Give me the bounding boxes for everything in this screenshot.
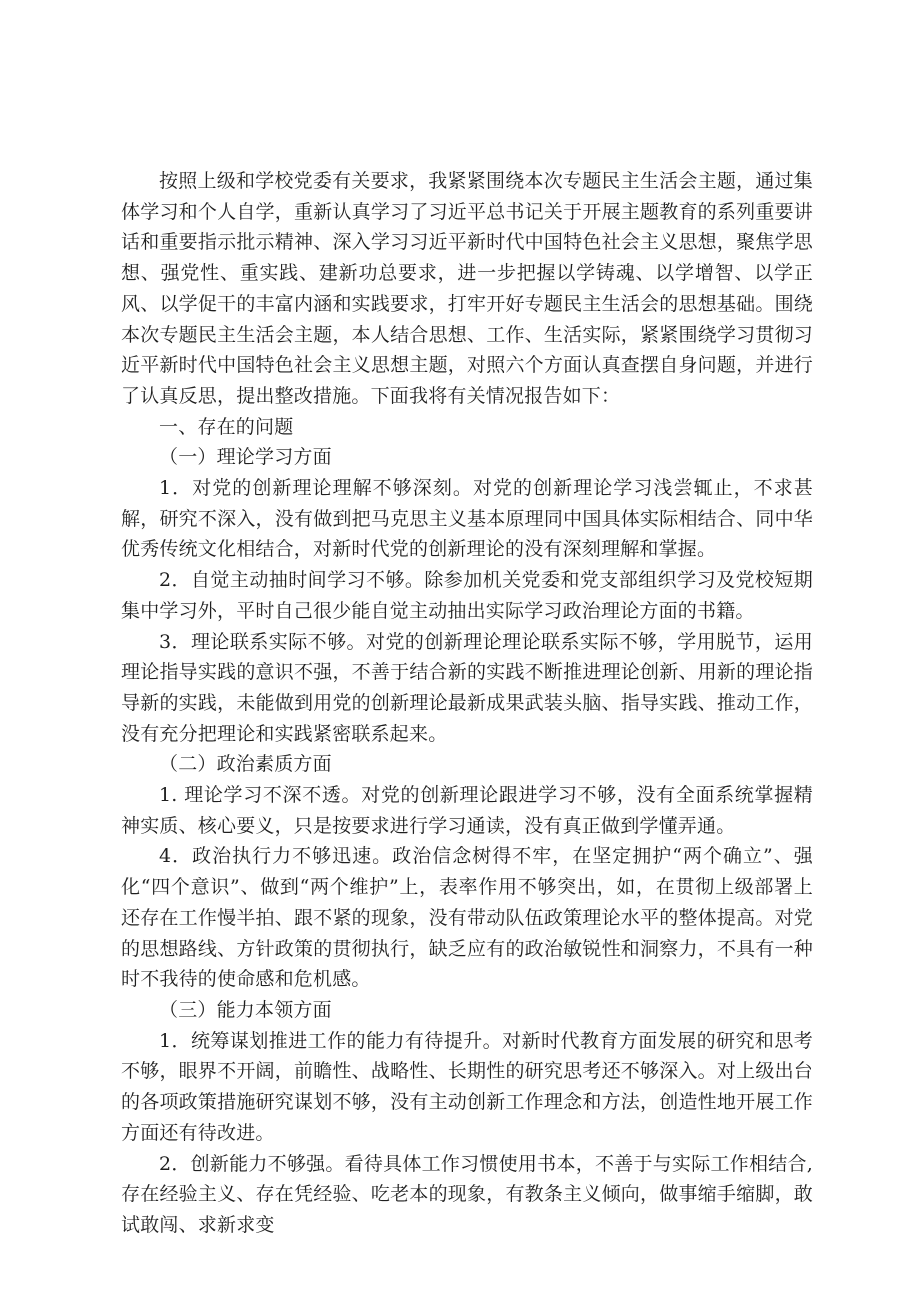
item-political-execution: 4．政治执行力不够迅速。政治信念树得不牢，在坚定拥护“两个确立”、强化“四个意识… xyxy=(121,841,813,995)
item-theory-practice-link: 3．理论联系实际不够。对党的创新理论理论联系实际不够，学用脱节，运用理论指导实践… xyxy=(121,627,813,750)
item-theory-understanding: 1．对党的创新理论理解不够深刻。对党的创新理论学习浅尝辄止，不求甚解，研究不深入… xyxy=(121,473,813,565)
subsection-heading-political-quality: （二）政治素质方面 xyxy=(121,749,813,780)
item-planning-capability: 1．统筹谋划推进工作的能力有待提升。对新时代教育方面发展的研究和思考不够，眼界不… xyxy=(121,1026,813,1149)
section-heading-problems: 一、存在的问题 xyxy=(121,412,813,443)
document-text-block: 按照上级和学校党委有关要求，我紧紧围绕本次专题民主生活会主题，通过集体学习和个人… xyxy=(121,166,813,1241)
item-self-study-time: 2．自觉主动抽时间学习不够。除参加机关党委和党支部组织学习及党校短期集中学习外，… xyxy=(121,565,813,626)
item-innovation-capability: 2．创新能力不够强。看待具体工作习惯使用书本，不善于与实际工作相结合,存在经验主… xyxy=(121,1149,813,1241)
subsection-heading-theory-study: （一）理论学习方面 xyxy=(121,442,813,473)
item-study-not-deep: 1. 理论学习不深不透。对党的创新理论跟进学习不够，没有全面系统掌握精神实质、核… xyxy=(121,780,813,841)
intro-paragraph: 按照上级和学校党委有关要求，我紧紧围绕本次专题民主生活会主题，通过集体学习和个人… xyxy=(121,166,813,412)
subsection-heading-capability: （三）能力本领方面 xyxy=(121,995,813,1026)
document-page: 按照上级和学校党委有关要求，我紧紧围绕本次专题民主生活会主题，通过集体学习和个人… xyxy=(0,0,920,1301)
